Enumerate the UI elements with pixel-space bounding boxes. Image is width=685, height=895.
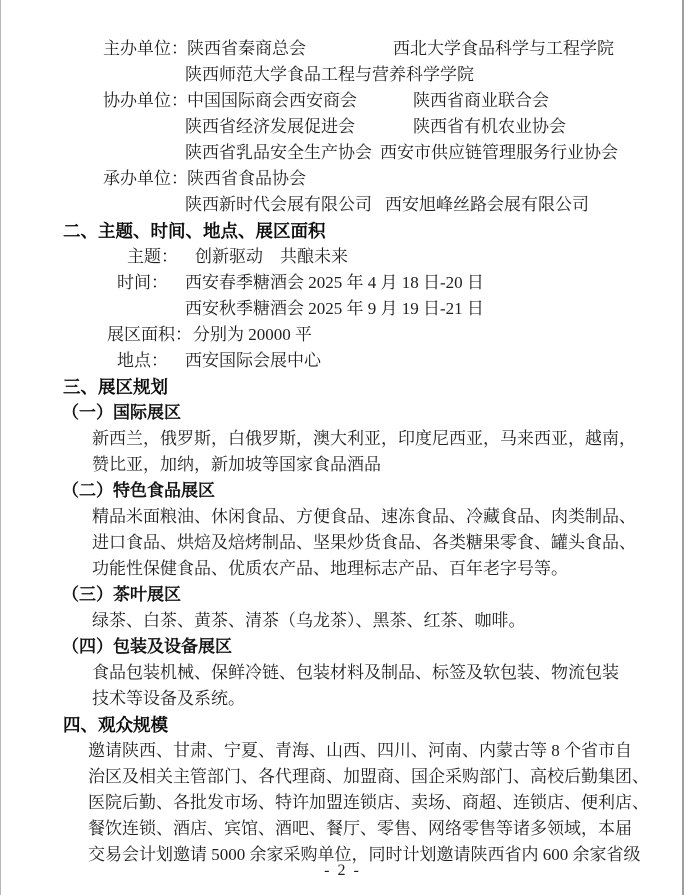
body-text-line: 餐饮连锁、酒店、宾馆、酒吧、餐厅、零售、网络零售等诸多领域，本届 [0, 816, 685, 842]
org-name: 陕西师范大学食品工程与营养科学学院 [185, 62, 474, 88]
undertaker-line: 陕西新时代会展有限公司西安旭峰丝路会展有限公司 [0, 192, 685, 218]
heading-text: （三）茶叶展区 [62, 582, 181, 608]
heading-text: 四、观众规模 [63, 712, 168, 738]
body-text-line: 食品包装机械、保鲜冷链、包装材料及制品、标签及软包装、物流包装 [0, 660, 685, 686]
time-line: 时间：西安春季糖酒会 2025 年 4 月 18 日-20 日 [0, 270, 685, 296]
subsection-3-heading: （三）茶叶展区 [0, 582, 685, 608]
field-label: 协办单位： [103, 88, 188, 114]
host-organizer-line: 主办单位：陕西省秦商总会西北大学食品科学与工程学院 [0, 36, 685, 62]
subsection-1-heading: （一）国际展区 [0, 400, 685, 426]
field-label: 展区面积： [107, 322, 192, 348]
body-text-line: 新西兰，俄罗斯，白俄罗斯，澳大利亚，印度尼西亚，马来西亚，越南， [0, 426, 685, 452]
section-2-heading: 二、主题、时间、地点、展区面积 [0, 218, 685, 244]
heading-text: （一）国际展区 [62, 400, 181, 426]
body-text: 技术等设备及系统。 [92, 686, 245, 712]
section-4-heading: 四、观众规模 [0, 712, 685, 738]
body-text-line: 进口食品、烘焙及焙烤制品、坚果炒货食品、各类糖果零食、罐头食品、 [0, 530, 685, 556]
field-label: 承办单位： [103, 166, 188, 192]
body-text-line: 医院后勤、各批发市场、特许加盟连锁店、卖场、商超、连锁店、便利店、 [0, 790, 685, 816]
co-organizer-line: 协办单位：中国国际商会西安商会陕西省商业联合会 [0, 88, 685, 114]
org-name: 西北大学食品科学与工程学院 [393, 36, 614, 62]
host-organizer-line: 陕西师范大学食品工程与营养科学学院 [0, 62, 685, 88]
org-name: 陕西省食品协会 [187, 166, 306, 192]
org-name: 西安市供应链管理服务行业协会 [380, 140, 618, 166]
heading-text: 三、展区规划 [63, 374, 168, 400]
field-value: 西安国际会展中心 [185, 348, 321, 374]
subsection-2-heading: （二）特色食品展区 [0, 478, 685, 504]
page-number: - 2 - [0, 858, 685, 884]
section-3-heading: 三、展区规划 [0, 374, 685, 400]
org-name: 西安旭峰丝路会展有限公司 [385, 192, 589, 218]
org-name: 中国国际商会西安商会 [187, 88, 357, 114]
document-page: 主办单位：陕西省秦商总会西北大学食品科学与工程学院陕西师范大学食品工程与营养科学… [0, 0, 685, 895]
org-name: 陕西新时代会展有限公司 [185, 192, 372, 218]
body-text: 医院后勤、各批发市场、特许加盟连锁店、卖场、商超、连锁店、便利店、 [88, 790, 649, 816]
field-value: 西安秋季糖酒会 2025 年 9 月 19 日-21 日 [185, 296, 484, 322]
area-line: 展区面积：分别为 20000 平 [0, 322, 685, 348]
body-text: 新西兰，俄罗斯，白俄罗斯，澳大利亚，印度尼西亚，马来西亚，越南， [92, 426, 636, 452]
field-value: 创新驱动 共酿未来 [195, 244, 348, 270]
body-text: 食品包装机械、保鲜冷链、包装材料及制品、标签及软包装、物流包装 [92, 660, 619, 686]
undertaker-line: 承办单位：陕西省食品协会 [0, 166, 685, 192]
field-label: 主办单位： [103, 36, 188, 62]
field-value: 西安春季糖酒会 2025 年 4 月 18 日-20 日 [185, 270, 484, 296]
org-name: 陕西省秦商总会 [187, 36, 306, 62]
theme-line: 主题：创新驱动 共酿未来 [0, 244, 685, 270]
co-organizer-line: 陕西省乳品安全生产协会西安市供应链管理服务行业协会 [0, 140, 685, 166]
subsection-4-heading: （四）包装及设备展区 [0, 634, 685, 660]
body-text-line: 功能性保健食品、优质农产品、地理标志产品、百年老字号等。 [0, 556, 685, 582]
body-text-line: 技术等设备及系统。 [0, 686, 685, 712]
field-value: 分别为 20000 平 [193, 322, 312, 348]
heading-text: （二）特色食品展区 [62, 478, 215, 504]
heading-text: （四）包装及设备展区 [62, 634, 232, 660]
body-text: 进口食品、烘焙及焙烤制品、坚果炒货食品、各类糖果零食、罐头食品、 [92, 530, 636, 556]
time-line: 西安秋季糖酒会 2025 年 9 月 19 日-21 日 [0, 296, 685, 322]
org-name: 陕西省经济发展促进会 [185, 114, 355, 140]
body-text: 功能性保健食品、优质农产品、地理标志产品、百年老字号等。 [92, 556, 568, 582]
heading-text: 二、主题、时间、地点、展区面积 [63, 218, 326, 244]
field-label: 地点： [117, 348, 168, 374]
body-text: 绿茶、白茶、黄茶、清茶（乌龙茶）、黑茶、红茶、咖啡。 [92, 608, 526, 634]
org-name: 陕西省有机农业协会 [413, 114, 566, 140]
co-organizer-line: 陕西省经济发展促进会陕西省有机农业协会 [0, 114, 685, 140]
body-text-line: 绿茶、白茶、黄茶、清茶（乌龙茶）、黑茶、红茶、咖啡。 [0, 608, 685, 634]
body-text: 精品米面粮油、休闲食品、方便食品、速冻食品、冷藏食品、肉类制品、 [92, 504, 636, 530]
body-text: 治区及相关主管部门、各代理商、加盟商、国企采购部门、高校后勤集团、 [88, 764, 649, 790]
body-text: 邀请陕西、甘肃、宁夏、青海、山西、四川、河南、内蒙古等 8 个省市自 [88, 738, 632, 764]
body-text-line: 精品米面粮油、休闲食品、方便食品、速冻食品、冷藏食品、肉类制品、 [0, 504, 685, 530]
body-text: 餐饮连锁、酒店、宾馆、酒吧、餐厅、零售、网络零售等诸多领域，本届 [88, 816, 632, 842]
body-text-line: 邀请陕西、甘肃、宁夏、青海、山西、四川、河南、内蒙古等 8 个省市自 [0, 738, 685, 764]
org-name: 陕西省商业联合会 [413, 88, 549, 114]
location-line: 地点：西安国际会展中心 [0, 348, 685, 374]
body-text-line: 治区及相关主管部门、各代理商、加盟商、国企采购部门、高校后勤集团、 [0, 764, 685, 790]
body-text: 赞比亚，加纳，新加坡等国家食品酒品 [92, 452, 381, 478]
body-text-line: 赞比亚，加纳，新加坡等国家食品酒品 [0, 452, 685, 478]
org-name: 陕西省乳品安全生产协会 [185, 140, 372, 166]
field-label: 主题： [127, 244, 178, 270]
field-label: 时间： [117, 270, 168, 296]
